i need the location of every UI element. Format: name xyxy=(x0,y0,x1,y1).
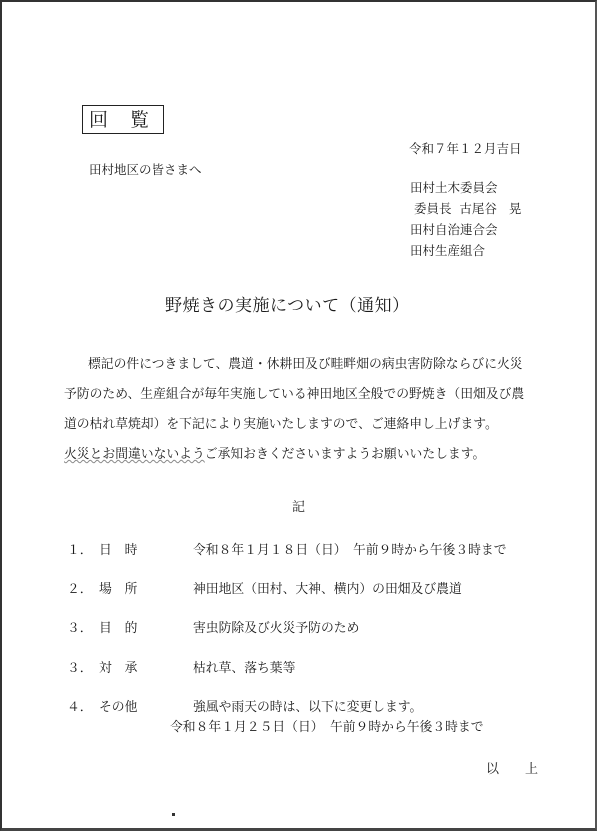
issue-date: 令和７年１２月吉日 xyxy=(409,139,522,157)
closing-mark: 以 上 xyxy=(486,758,538,777)
alternate-date: 令和８年１月２５日（日） 午前９時から午後３時まで xyxy=(170,716,484,735)
item-label: 対 承 xyxy=(99,657,193,676)
body-line: 標記の件につきまして、農道・休耕田及び畦畔畑の病虫害防除ならびに火災 xyxy=(64,350,544,380)
sender-line: 田村自治連合会 xyxy=(410,219,521,240)
sender-line: 田村生産組合 xyxy=(410,240,521,261)
item-value: 神田地区（田村、大神、横内）の田畑及び農道 xyxy=(193,582,462,597)
item-number: ２． xyxy=(67,578,99,597)
item-value: 強風や雨天の時は、以下に変更します。 xyxy=(193,700,422,715)
document-title: 野焼きの実施について（通知） xyxy=(165,291,410,316)
scan-speck xyxy=(172,813,175,816)
item-value: 害虫防除及び火災予防のため xyxy=(193,621,359,636)
item-datetime: １．日 時令和８年１月１８日（日） 午前９時から午後３時まで xyxy=(67,539,507,558)
body-line: 道の枯れ草焼却）を下記により実施いたしますので、ご連絡申し上げます。 xyxy=(64,410,544,440)
item-number: １． xyxy=(67,539,99,558)
item-label: 日 時 xyxy=(99,539,193,558)
body-line: 予防のため、生産組合が毎年実施している神田地区全般での野焼き（田畑及び農 xyxy=(64,380,544,410)
body-paragraph: 標記の件につきまして、農道・休耕田及び畦畔畑の病虫害防除ならびに火災 予防のため… xyxy=(64,350,544,470)
item-label: 場 所 xyxy=(99,578,193,597)
item-purpose: ３．目 的害虫防除及び火災予防のため xyxy=(67,617,359,636)
sender-line: 委員長 古尾谷 晃 xyxy=(410,198,521,219)
request-text: ご承知おきくださいますようお願いいたします。 xyxy=(205,447,486,462)
item-label: 目 的 xyxy=(99,617,193,636)
item-value: 令和８年１月１８日（日） 午前９時から午後３時まで xyxy=(193,543,507,558)
underlined-text: 火災とお間違いないよう xyxy=(64,447,205,462)
item-number: ３． xyxy=(67,657,99,676)
item-number: ４． xyxy=(67,696,99,715)
ki-heading: 記 xyxy=(292,496,305,515)
circulation-stamp: 回 覧 xyxy=(82,105,164,134)
item-target: ３．対 承枯れ草、落ち葉等 xyxy=(67,657,295,676)
body-line-request: 火災とお間違いないようご承知おきくださいますようお願いいたします。 xyxy=(64,440,544,470)
sender-block: 田村土木委員会 委員長 古尾谷 晃 田村自治連合会 田村生産組合 xyxy=(410,177,521,261)
addressee: 田村地区の皆さまへ xyxy=(89,160,202,178)
item-value: 枯れ草、落ち葉等 xyxy=(193,661,295,676)
item-other: ４．その他強風や雨天の時は、以下に変更します。 xyxy=(67,696,422,715)
item-label: その他 xyxy=(99,696,193,715)
item-number: ３． xyxy=(67,617,99,636)
document-page: 回 覧 田村地区の皆さまへ 令和７年１２月吉日 田村土木委員会 委員長 古尾谷 … xyxy=(0,0,597,831)
sender-line: 田村土木委員会 xyxy=(410,177,521,198)
item-location: ２．場 所神田地区（田村、大神、横内）の田畑及び農道 xyxy=(67,578,462,597)
